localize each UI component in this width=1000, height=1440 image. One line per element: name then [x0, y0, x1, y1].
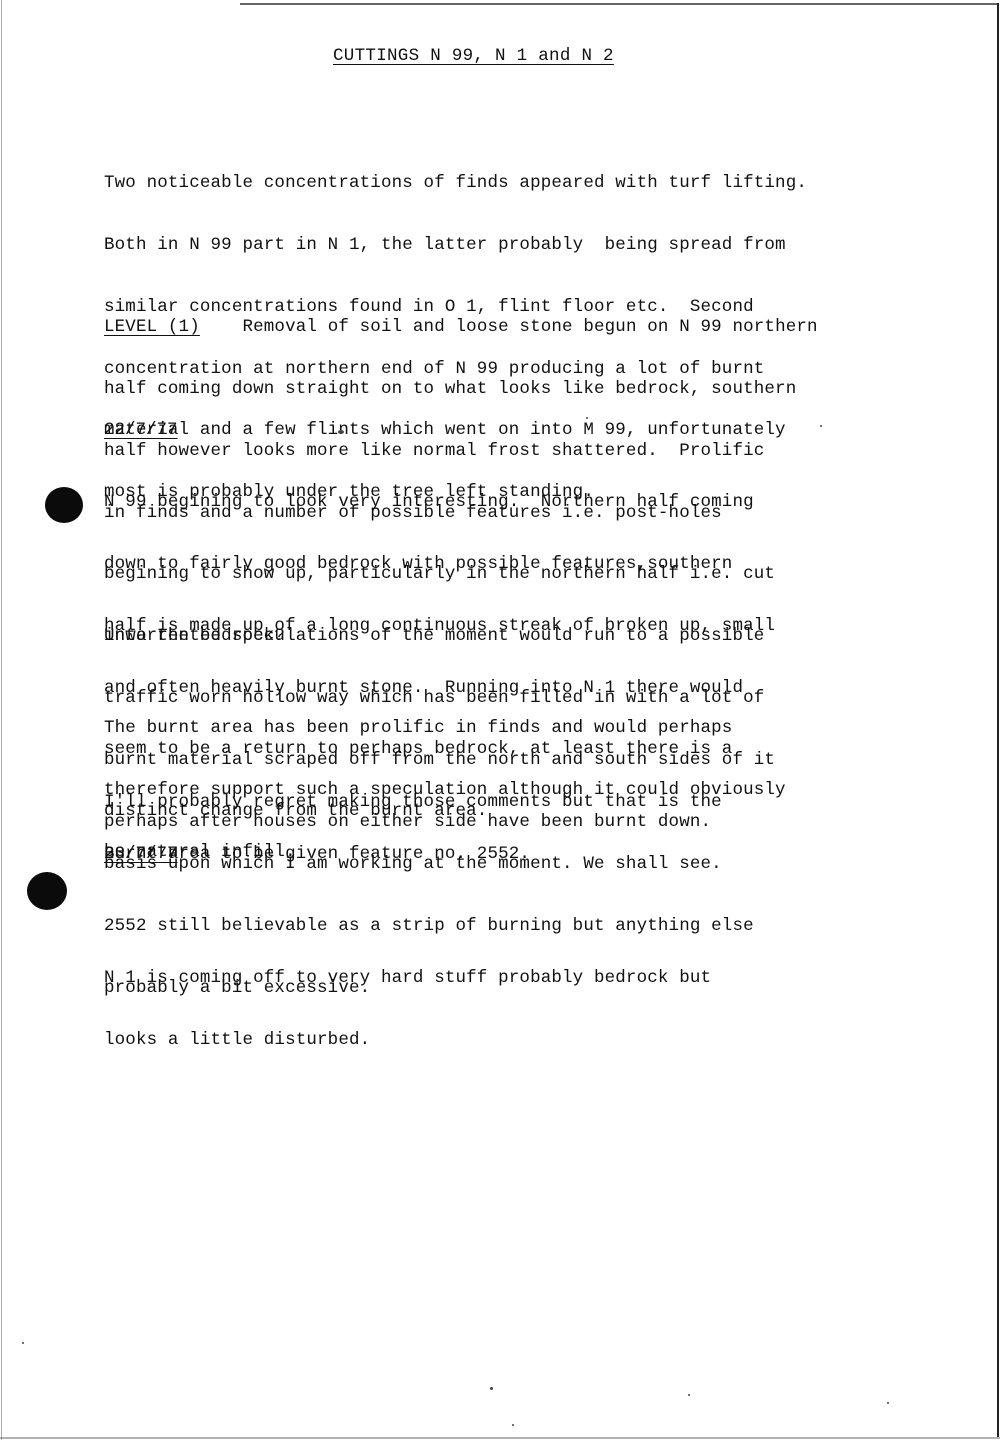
typed-page: CUTTINGS N 99, N 1 and N 2 Two noticeabl…: [0, 0, 1000, 1440]
text-line: looks a little disturbed.: [104, 1030, 711, 1051]
text-line: half coming down straight on to what loo…: [104, 379, 818, 400]
scan-edge-left: [1, 0, 2, 1440]
scan-speck: [586, 417, 588, 419]
punch-hole: [45, 487, 83, 523]
text-line: Unwarrented speculations of the moment w…: [104, 626, 775, 647]
text-line: The burnt area has been prolific in find…: [104, 718, 786, 739]
text-line: N 99 begining to look very interesting. …: [104, 492, 775, 513]
level-first-line: Removal of soil and loose stone begun on…: [200, 317, 818, 337]
scan-speck: [887, 1402, 889, 1404]
entry-date: 22/7/77: [104, 420, 178, 440]
scan-edge-right: [997, 3, 999, 1437]
text-line: Two noticeable concentrations of finds a…: [104, 173, 807, 194]
entry-paragraph: N 1 is coming off to very hard stuff pro…: [104, 927, 711, 1092]
scan-edge-top: [240, 3, 998, 5]
text-line: Both in N 99 part in N 1, the latter pro…: [104, 235, 807, 256]
text-line: down to fairly good bedrock with possibl…: [104, 554, 775, 575]
document-title: CUTTINGS N 99, N 1 and N 2: [333, 46, 614, 66]
scan-speck: [490, 1387, 493, 1390]
scan-speck: [820, 425, 822, 427]
scan-speck: [22, 1342, 24, 1344]
scan-speck: [688, 1394, 690, 1396]
text-line: LEVEL (1) Removal of soil and loose ston…: [104, 317, 818, 338]
punch-hole: [27, 872, 67, 910]
level-heading: LEVEL (1): [104, 317, 200, 337]
scan-speck: [338, 430, 344, 434]
scan-edge-bottom: [0, 1437, 1000, 1439]
scan-speck: [512, 1424, 514, 1426]
entry-date: 23/7/77: [104, 844, 178, 864]
text-line: N 1 is coming off to very hard stuff pro…: [104, 968, 711, 989]
